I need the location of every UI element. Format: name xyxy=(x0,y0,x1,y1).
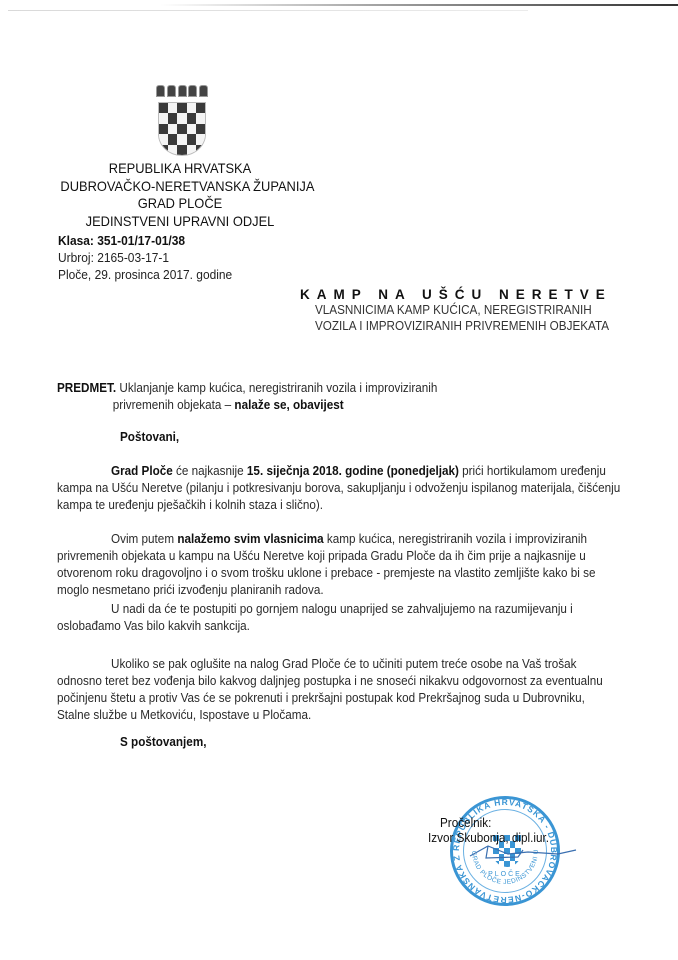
signer-name: Izvor Skubonja, dipl.iur. xyxy=(428,830,549,845)
text: kamp kućica, neregistriranih vozila i im… xyxy=(324,531,587,546)
subject-label: PREDMET. xyxy=(57,380,116,395)
signer-role: Pročelnik: xyxy=(440,815,491,830)
addressee-line: VOZILA I IMPROVIZIRANIH PRIVREMENIH OBJE… xyxy=(315,318,585,334)
greeting-text: Poštovani, xyxy=(120,429,179,444)
subject-emphasis: nalaže se, obavijest xyxy=(234,397,343,412)
svg-text:PLOČE: PLOČE xyxy=(488,869,522,878)
letterhead-department: JEDINSTVENI UPRAVNI ODJEL xyxy=(60,213,299,231)
text: kampa na Ušću Neretve (pilanju i potkres… xyxy=(57,479,561,496)
crown-icon xyxy=(153,85,211,99)
text-bold: Grad Ploče xyxy=(111,463,173,478)
scan-artifact-line xyxy=(160,4,678,6)
text: otvorenom roku dragovoljno i o svom troš… xyxy=(57,564,561,581)
paragraph-1: Grad Ploče će najkasnije 15. siječnja 20… xyxy=(57,462,617,513)
paragraph-2: Ovim putem nalažemo svim vlasnicima kamp… xyxy=(57,530,617,598)
text-bold: 15. siječnja 2018. godine (ponedjeljak) xyxy=(247,463,459,478)
subject-line: privremenih objekata – xyxy=(113,397,235,412)
checkerboard-shield-icon xyxy=(158,102,206,156)
closing-text: S poštovanjem, xyxy=(120,734,206,749)
signature-icon xyxy=(468,842,578,862)
paragraph-4: Ukoliko se pak oglušite na nalog Grad Pl… xyxy=(57,655,617,723)
text: Stalne službe u Metkoviću, Ispostave u P… xyxy=(57,706,561,723)
letterhead: REPUBLIKA HRVATSKA DUBROVAČKO-NERETVANSK… xyxy=(50,160,310,230)
letterhead-country: REPUBLIKA HRVATSKA xyxy=(60,160,299,178)
text: moglo nesmetano prići izvođenju planiran… xyxy=(57,581,561,598)
urbroj-number: Urbroj: 2165-03-17-1 xyxy=(58,250,169,265)
text: Ukoliko se pak oglušite na nalog Grad Pl… xyxy=(57,655,561,672)
text: U nadi da će te postupiti po gornjem nal… xyxy=(57,600,561,617)
text: počinjenu štetu a protiv Vas će se pokre… xyxy=(57,689,561,706)
coat-of-arms-icon xyxy=(153,85,211,157)
subject-line: Uklanjanje kamp kućica, neregistriranih … xyxy=(119,380,437,395)
letterhead-county: DUBROVAČKO-NERETVANSKA ŽUPANIJA xyxy=(60,178,299,196)
text: oslobađamo Vas bilo kakvih sankcija. xyxy=(57,617,561,634)
klasa-number: Klasa: 351-01/17-01/38 xyxy=(58,233,185,248)
addressee-title: KAMP NA UŠĆU NERETVE xyxy=(300,287,600,302)
text: prići hortikulamom uređenju xyxy=(459,463,606,478)
subject-block: PREDMET. Uklanjanje kamp kućica, neregis… xyxy=(57,379,617,413)
addressee-block: KAMP NA UŠĆU NERETVE VLASNNICIMA KAMP KU… xyxy=(300,287,600,334)
scan-artifact-line xyxy=(8,10,528,11)
letterhead-city: GRAD PLOČE xyxy=(60,195,299,213)
greeting: Poštovani, xyxy=(120,428,320,445)
text: kampa te uređenju pješačkih i kolnih sta… xyxy=(57,496,561,513)
closing: S poštovanjem, xyxy=(120,733,320,750)
text: odnosno teret bez vođenja bilo kakvog da… xyxy=(57,672,561,689)
text: će najkasnije xyxy=(173,463,247,478)
text-bold: nalažemo svim vlasnicima xyxy=(177,531,323,546)
text: privremenih objekata u kampu na Ušću Ner… xyxy=(57,547,561,564)
paragraph-3: U nadi da će te postupiti po gornjem nal… xyxy=(57,600,617,634)
place-date: Ploče, 29. prosinca 2017. godine xyxy=(58,267,232,282)
text: Ovim putem xyxy=(111,531,177,546)
addressee-line: VLASNNICIMA KAMP KUĆICA, NEREGISTRIRANIH xyxy=(315,302,585,318)
